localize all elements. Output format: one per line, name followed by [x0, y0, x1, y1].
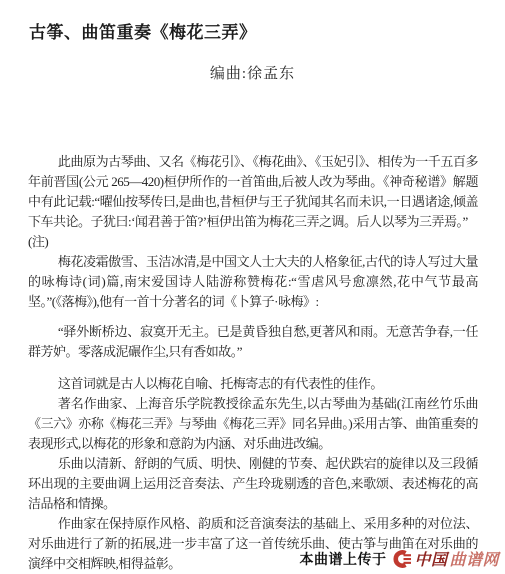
paragraph-note-marker: (注)	[28, 232, 478, 252]
upload-credit-text: 本曲谱上传于	[299, 549, 386, 569]
logo-text-score-net: 曲谱网	[449, 547, 499, 570]
paragraph-music-character: 乐曲以清新、舒朗的气质、明快、刚健的节奏、起伏跌宕的旋律以及三段循环出现的主要曲…	[28, 454, 478, 514]
paragraph-poem-quote: “驿外断桥边、寂寞开无主。已是黄昏独自愁,更著风和雨。无意苦争春,一任群芳妒。零…	[28, 322, 478, 362]
china-score-net-logo-icon	[393, 550, 412, 568]
paragraph-plum-symbolism: 梅花凌霜傲雪、玉洁冰清,是中国文人士大夫的人格象征,古代的诗人写过大量的咏梅诗(…	[28, 252, 478, 312]
logo-text-china: 中国	[414, 547, 447, 570]
paragraph-poem-comment: 这首词就是古人以梅花自喻、托梅寄志的有代表性的佳作。	[28, 374, 478, 394]
china-score-net-logo: 中国 曲谱网	[393, 547, 499, 570]
paragraph-origin: 此曲原为古琴曲、又名《梅花引》、《梅花曲》、《玉妃引》、相传为一千五百多年前晋国…	[28, 152, 478, 232]
arranger-byline: 编曲:徐孟东	[0, 62, 505, 83]
document-page: 古筝、曲笛重奏《梅花三弄》 编曲:徐孟东 此曲原为古琴曲、又名《梅花引》、《梅花…	[0, 0, 505, 574]
upload-credit-footer: 本曲谱上传于 中国 曲谱网	[299, 547, 499, 570]
paragraph-composer: 著名作曲家、上海音乐学院教授徐孟东先生,以古琴曲为基础(江南丝竹乐曲《三六》亦称…	[28, 394, 478, 454]
body-text: 此曲原为古琴曲、又名《梅花引》、《梅花曲》、《玉妃引》、相传为一千五百多年前晋国…	[28, 152, 478, 574]
page-title: 古筝、曲笛重奏《梅花三弄》	[29, 18, 257, 43]
